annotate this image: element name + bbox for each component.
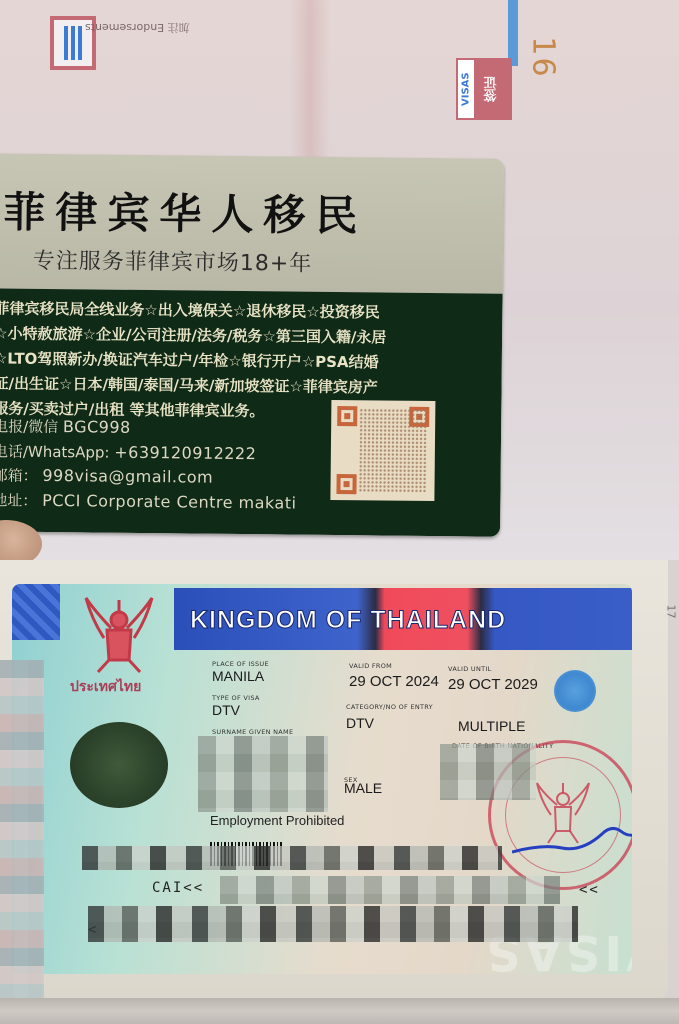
contact-email: 邮箱： 998visa@gmail.com — [0, 463, 297, 491]
surname-label: Surname Given Name — [212, 728, 293, 736]
contact-label: 邮箱： — [0, 466, 38, 484]
visas-page-label: VISAS 签证 — [456, 58, 512, 120]
visas-label-en: VISAS — [458, 60, 474, 118]
valid-from-label: Valid From — [349, 662, 392, 670]
card-header: 菲律宾华人移民 专注服务菲律宾市场18+年 — [0, 153, 504, 293]
sex-value: MALE — [344, 780, 382, 796]
qr-finder-icon — [337, 406, 357, 426]
place-of-issue-value: MANILA — [212, 668, 264, 684]
redacted-mrz-line-1 — [220, 876, 560, 904]
valid-until-value: 29 OCT 2029 — [448, 676, 538, 693]
hologram-seal — [70, 722, 168, 808]
blue-seal-icon — [554, 670, 596, 712]
mrz-line-1-end: << — [579, 882, 600, 898]
page-fold-shadow — [290, 0, 330, 160]
category-value: DTV — [346, 715, 374, 731]
card-title: 菲律宾华人移民 — [3, 180, 368, 244]
contact-value: PCCI Corporate Centre makati — [42, 490, 297, 512]
contact-label: 电报/微信 — [0, 417, 58, 436]
garuda-emblem-icon — [74, 590, 164, 680]
card-subtitle: 专注服务菲律宾市场18+年 — [33, 244, 313, 278]
contact-info: 电报/微信 BGC998 电话/WhatsApp: +639120912222 … — [0, 414, 297, 515]
contact-label: 地址： — [0, 491, 37, 509]
security-band-left — [12, 584, 60, 640]
visas-label-zh: 签证 — [474, 60, 510, 118]
contact-value: BGC998 — [63, 417, 131, 437]
category-label: Category/No of Entry — [346, 703, 433, 711]
thailand-visa-sticker: KINGDOM OF THAILAND ประเทศไทย Place of I… — [12, 584, 632, 974]
mrz-line-1-start: CAI<< — [152, 880, 204, 896]
contact-value: +639120912222 — [114, 442, 256, 462]
redacted-dob-nationality — [440, 744, 536, 800]
contact-address: 地址： PCCI Corporate Centre makati — [0, 488, 297, 516]
redacted-name — [198, 736, 328, 812]
type-of-visa-label: Type of Visa — [212, 694, 260, 702]
qr-finder-icon — [336, 474, 356, 494]
card-body: 菲律宾移民局全线业务☆出入境保关☆退休移民☆投资移民 ☆小特赦旅游☆企业/公司注… — [0, 288, 503, 536]
redacted-left-edge — [0, 660, 44, 1020]
redacted-mrz-line-2 — [88, 906, 578, 942]
signature-icon — [512, 824, 632, 854]
page-number-16: 16 — [526, 36, 561, 78]
qr-code-icon — [330, 400, 435, 501]
redacted-visa-number — [82, 846, 502, 870]
contact-wechat: 电报/微信 BGC998 — [0, 414, 297, 442]
place-of-issue-label: Place of Issue — [212, 660, 269, 668]
visa-header: KINGDOM OF THAILAND — [190, 606, 506, 635]
passport-page-edge — [0, 998, 679, 1024]
page-number-17: 17 — [665, 605, 678, 619]
valid-from-value: 29 OCT 2024 — [349, 673, 439, 690]
valid-until-label: Valid Until — [448, 665, 492, 673]
thai-country-name: ประเทศไทย — [70, 676, 141, 698]
blue-stripe-decoration — [508, 0, 518, 66]
contact-value: 998visa@gmail.com — [42, 466, 213, 487]
contact-label: 电话/WhatsApp: — [0, 442, 110, 461]
contact-phone: 电话/WhatsApp: +639120912222 — [0, 439, 297, 467]
type-of-visa-value: DTV — [212, 702, 240, 718]
entries-value: MULTIPLE — [458, 718, 525, 734]
business-card: 菲律宾华人移民 专注服务菲律宾市场18+年 菲律宾移民局全线业务☆出入境保关☆退… — [0, 153, 504, 536]
employment-note: Employment Prohibited — [210, 813, 344, 828]
qr-data-modules — [358, 408, 427, 493]
mirrored-endorsement-text: 加注 Endorsements — [85, 20, 190, 36]
